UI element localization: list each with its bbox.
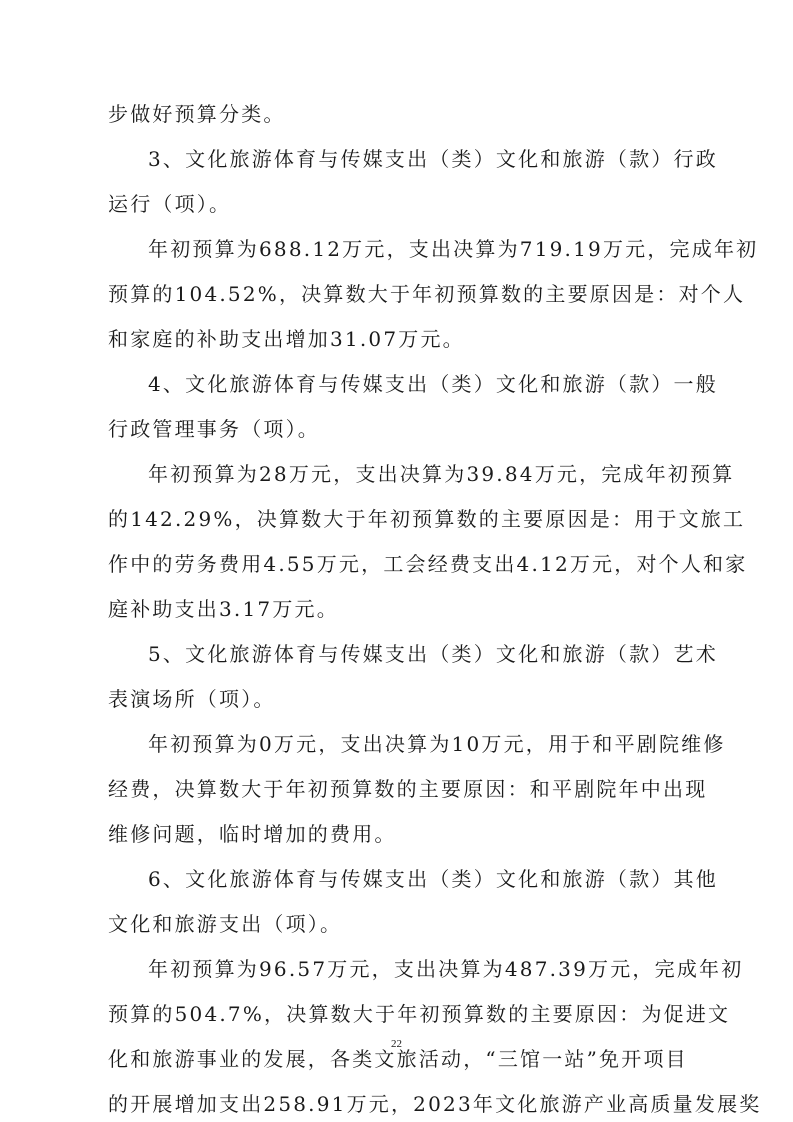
text-line: 的142.29%，决算数大于年初预算数的主要原因是：用于文旅工 xyxy=(108,505,698,533)
text-line: 作中的劳务费用4.55万元，工会经费支出4.12万元，对个人和家 xyxy=(108,550,698,578)
text-line: 预算的104.52%，决算数大于年初预算数的主要原因是：对个人 xyxy=(108,280,698,308)
text-line: 和家庭的补助支出增加31.07万元。 xyxy=(108,325,698,353)
text-line: 维修问题，临时增加的费用。 xyxy=(108,820,698,848)
text-line: 经费，决算数大于年初预算数的主要原因：和平剧院年中出现 xyxy=(108,775,698,803)
page-number: 22 xyxy=(0,1038,793,1050)
section-heading-4: 4、文化旅游体育与传媒支出（类）文化和旅游（款）一般 xyxy=(108,370,738,398)
text-line: 庭补助支出3.17万元。 xyxy=(108,595,698,623)
text-line: 预算的504.7%，决算数大于年初预算数的主要原因：为促进文 xyxy=(108,1000,698,1028)
text-line: 年初预算为688.12万元，支出决算为719.19万元，完成年初 xyxy=(108,235,738,263)
text-line: 步做好预算分类。 xyxy=(108,100,698,128)
text-line: 年初预算为0万元，支出决算为10万元，用于和平剧院维修 xyxy=(108,730,738,758)
section-heading-3-cont: 运行（项）。 xyxy=(108,190,698,218)
section-heading-6: 6、文化旅游体育与传媒支出（类）文化和旅游（款）其他 xyxy=(108,865,738,893)
text-line: 年初预算为96.57万元，支出决算为487.39万元，完成年初 xyxy=(108,955,738,983)
section-heading-5: 5、文化旅游体育与传媒支出（类）文化和旅游（款）艺术 xyxy=(108,640,738,668)
section-heading-3: 3、文化旅游体育与传媒支出（类）文化和旅游（款）行政 xyxy=(108,145,738,173)
section-heading-6-cont: 文化和旅游支出（项）。 xyxy=(108,910,698,938)
section-heading-4-cont: 行政管理事务（项）。 xyxy=(108,415,698,443)
text-line: 年初预算为28万元，支出决算为39.84万元，完成年初预算 xyxy=(108,460,738,488)
text-line: 的开展增加支出258.91万元，2023年文化旅游产业高质量发展奖 xyxy=(108,1090,698,1118)
section-heading-5-cont: 表演场所（项）。 xyxy=(108,685,698,713)
